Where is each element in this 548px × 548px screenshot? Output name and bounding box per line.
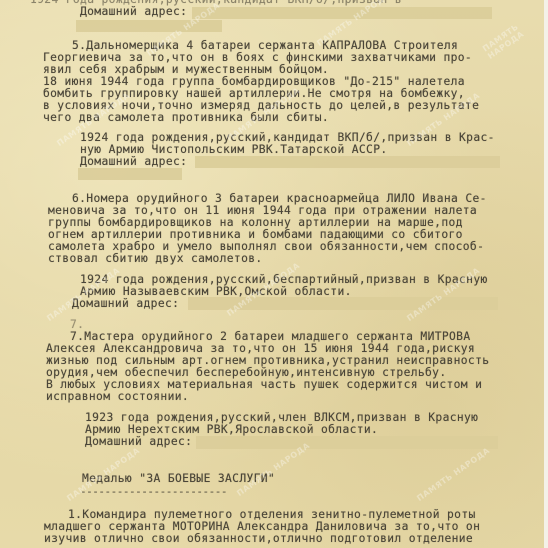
redaction (192, 7, 492, 19)
redaction (195, 156, 500, 168)
heading-underline: ------------------------ (80, 485, 227, 498)
medal-item-1-line: изучив отлично свои обязанности,отлично … (44, 532, 473, 545)
award-item-7-line: исправном состоянии. (46, 390, 189, 403)
award-item-6-line: ствовал сбитию двух самолетов. (48, 252, 263, 265)
home-address-label: Домашний адрес: (85, 435, 192, 448)
home-address-label: Домашний адрес: (72, 297, 179, 310)
home-address-label: Домашний адрес: (80, 155, 187, 168)
page-edge (544, 0, 548, 548)
redaction (196, 436, 498, 449)
redaction (78, 168, 182, 180)
home-address-label: Домашний адрес: (80, 5, 187, 18)
